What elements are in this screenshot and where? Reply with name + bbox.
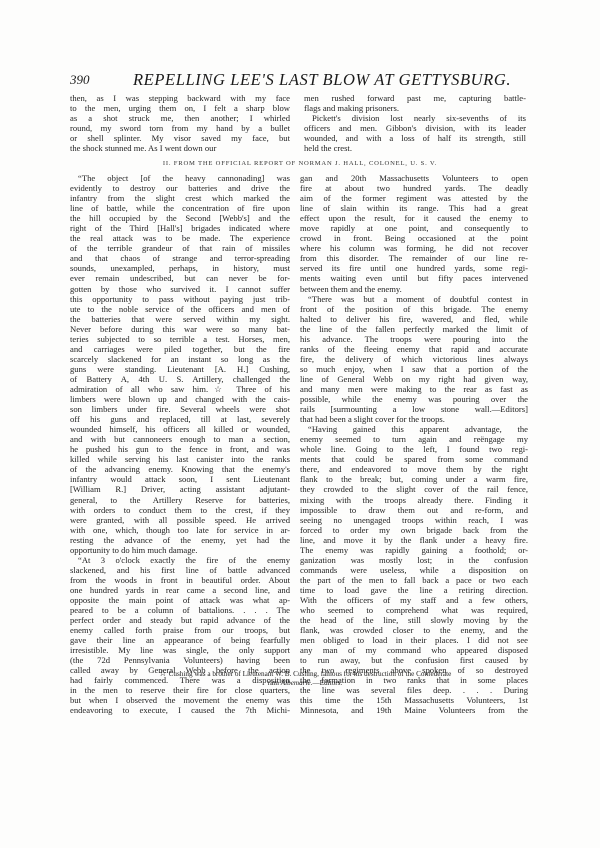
- text-line: resting the advance of the enemy, yet ha…: [70, 535, 290, 545]
- text-line: and with but cannoneers enough to man a …: [70, 434, 290, 444]
- book-page: 390 REPELLING LEE'S LAST BLOW AT GETTYSB…: [0, 0, 600, 848]
- text-line: ute to the noble service of the officers…: [70, 304, 290, 314]
- text-line: whole line. Going to the left, I found t…: [300, 444, 528, 454]
- text-line: flank to the break; but, coming under a …: [300, 474, 528, 484]
- text-line: ments waiting even until but fifty paces…: [300, 273, 528, 283]
- text-line: his advance. The troops were pouring int…: [300, 334, 528, 344]
- text-line: with one, which, though too late for ser…: [70, 525, 290, 535]
- text-line: ever remain undescribed, but can never b…: [70, 273, 290, 283]
- text-line: served its fire until one hundred yards,…: [300, 263, 528, 273]
- text-line: ranks of the fleeing enemy that rapid an…: [300, 344, 528, 354]
- text-line: sounds, unexampled, perhaps, in history,…: [70, 263, 290, 273]
- text-line: admiration of all who saw him.☆ Three of…: [70, 384, 290, 394]
- text-line: infantry from the slight crest which mar…: [70, 193, 290, 203]
- page-number: 390: [70, 72, 90, 88]
- text-line: held the crest.: [304, 143, 526, 153]
- text-line: the hill occupied by the Second [Webb's]…: [70, 213, 290, 223]
- ship-name: Albemarle: [281, 679, 311, 687]
- text-line: “At 3 o'clock exactly the fire of the en…: [70, 555, 290, 565]
- footnote: ☆ Cushing was a brother of Lieutenant W.…: [120, 669, 490, 688]
- text-line: rails [surmounting a low stone wall.—Edi…: [300, 404, 528, 414]
- text-line: flags and making prisoners.: [304, 103, 526, 113]
- text-line: evidently to destroy our batteries and d…: [70, 183, 290, 193]
- text-line: flank, was crowded closer to the enemy, …: [300, 625, 528, 635]
- text-line: irresistible. My line was single, the on…: [70, 645, 290, 655]
- text-line: gotten by those who survived it. I canno…: [70, 284, 290, 294]
- body-right-column: gan and 20th Massachusetts Volunteers to…: [300, 173, 528, 716]
- text-line: impossible to draw them out and re-form,…: [300, 505, 528, 515]
- text-line: [William R.] Driver, acting assistant ad…: [70, 484, 290, 494]
- text-line: line of slain within its range. This had…: [300, 203, 528, 213]
- text-line: and that chaos of strange and terror-spr…: [70, 253, 290, 263]
- text-line: right of the Third [Hall's] brigades ind…: [70, 223, 290, 233]
- text-line: line of battle, while the concentration …: [70, 203, 290, 213]
- text-line: then, as I was stepping backward with my…: [70, 93, 290, 103]
- text-line: to the men, urging them on, I felt a sha…: [70, 103, 290, 113]
- body-left-column: “The object [of the heavy cannonading] w…: [70, 173, 290, 716]
- top-left-column: then, as I was stepping backward with my…: [70, 93, 290, 153]
- text-line: mixing with the troops already there. Fi…: [300, 495, 528, 505]
- text-line: slackened, and his first line of battle …: [70, 565, 290, 575]
- text-line: this time the 15th Massachusetts Volunte…: [300, 695, 528, 705]
- text-line: teries subjected to so terrible a test. …: [70, 334, 290, 344]
- text-line: fire at about two hundred yards. The dea…: [300, 183, 528, 193]
- text-line: they crowded to the slight cover of the …: [300, 484, 528, 494]
- text-line: effect upon the result, for it caused th…: [300, 213, 528, 223]
- text-line: men obliged to load in their places. I d…: [300, 635, 528, 645]
- text-line: forced to order my own brigade back from…: [300, 525, 528, 535]
- text-line: from the woods in front in beautiful ord…: [70, 575, 290, 585]
- text-line: and carriages were piled together, but t…: [70, 344, 290, 354]
- text-line: front of the position of this brigade. T…: [300, 304, 528, 314]
- text-line: Pickett's division lost nearly six-seven…: [304, 113, 526, 123]
- text-line: The enemy was rapidly gaining a foothold…: [300, 545, 528, 555]
- text-line: line, and move it by the flank under a h…: [300, 535, 528, 545]
- text-line: wounded himself, his officers all killed…: [70, 424, 290, 434]
- text-line: killed while serving his last canister i…: [70, 454, 290, 464]
- text-line: men rushed forward past me, capturing ba…: [304, 93, 526, 103]
- star-footnote-marker-icon: ☆: [159, 668, 167, 678]
- text-line: “Having gained this apparent advantage, …: [300, 424, 528, 434]
- text-line: opportunity to do him much damage.: [70, 545, 290, 555]
- text-line: with orders to conduct them to the crest…: [70, 505, 290, 515]
- text-line: any man of my command who appeared dispo…: [300, 645, 528, 655]
- text-line: round, my sword torn from my hand by a b…: [70, 123, 290, 133]
- text-line: there, and endeavored to move them by th…: [300, 464, 528, 474]
- page-header: 390 REPELLING LEE'S LAST BLOW AT GETTYSB…: [70, 72, 530, 92]
- text-line: the head of the line, still slowly movin…: [300, 615, 528, 625]
- text-line: halted to deliver his fire, wavered, and…: [300, 314, 528, 324]
- text-line: peared to be a column of battalions. . .…: [70, 605, 290, 615]
- text-line: who seemed to comprehend what was requir…: [300, 605, 528, 615]
- text-line: the real attack was to be made. The expe…: [70, 233, 290, 243]
- text-line: scarcely slackened for an instant so lon…: [70, 354, 290, 364]
- text-line: the shock stunned me. As I went down our: [70, 143, 290, 153]
- text-line: infantry would attack soon, I sent Lieut…: [70, 474, 290, 484]
- text-line: wounded, and with a loss of half its str…: [304, 133, 526, 143]
- text-line: one hundred yards in rear came a second …: [70, 585, 290, 595]
- text-line: the line of the fallen perfectly marked …: [300, 324, 528, 334]
- text-line: the part of the men to fall back a pace …: [300, 575, 528, 585]
- text-line: or shell splinter. My visor saved my fac…: [70, 133, 290, 143]
- text-line: possible, while the enemy was pouring ov…: [300, 394, 528, 404]
- text-line: as a shot struck me, then another; I whi…: [70, 113, 290, 123]
- text-line: move rapidly at one point, and consequen…: [300, 223, 528, 233]
- text-line: to run away, but the confusion first cau…: [300, 655, 528, 665]
- text-line: son limbers under fire. Several wheels w…: [70, 404, 290, 414]
- text-line: crowd in front. Being occasioned at the …: [300, 233, 528, 243]
- text-line: and many men were making to the rear as …: [300, 384, 528, 394]
- text-line: between them and the enemy.: [300, 284, 528, 294]
- text-line: fire, the delivery of which victorious l…: [300, 354, 528, 364]
- text-line: line of General Webb on my right had giv…: [300, 374, 528, 384]
- text-line: ganization was mostly lost; in the confu…: [300, 555, 528, 565]
- text-line: gave their line an appearance of being f…: [70, 635, 290, 645]
- text-line: that had been a slight cover for the tro…: [300, 414, 528, 424]
- text-line: of Battery A, 4th U. S. Artillery, chall…: [70, 374, 290, 384]
- top-right-column: men rushed forward past me, capturing ba…: [304, 93, 526, 153]
- text-line: opposite the main point of attack was wh…: [70, 595, 290, 605]
- text-line: perfect order and steady but rapid advan…: [70, 615, 290, 625]
- text-line: the batteries that were served within my…: [70, 314, 290, 324]
- text-line: officers and men. Gibbon's division, wit…: [304, 123, 526, 133]
- text-line: time to load gave the line a retiring di…: [300, 585, 528, 595]
- text-line: this opportunity to pass without paying …: [70, 294, 290, 304]
- footnote-line-2: ram Albemarle.—Editors.: [120, 679, 490, 688]
- text-line: were granted, with all possible speed. H…: [70, 515, 290, 525]
- text-line: “The object [of the heavy cannonading] w…: [70, 173, 290, 183]
- section-heading: II. FROM THE OFFICIAL REPORT OF NORMAN J…: [70, 160, 530, 167]
- text-line: of the advancing enemy. Knowing that the…: [70, 464, 290, 474]
- text-line: With the officers of my staff and a few …: [300, 595, 528, 605]
- text-line: general, to the Artillery Reserve for ba…: [70, 495, 290, 505]
- text-line: Never before during this war were so man…: [70, 324, 290, 334]
- text-line: “There was but a moment of doubtful cont…: [300, 294, 528, 304]
- text-line: of the terrible grandeur of that rain of…: [70, 243, 290, 253]
- text-line: guns were standing. Lieutenant [A. H.] C…: [70, 364, 290, 374]
- text-line: enemy called forth praise from our troop…: [70, 625, 290, 635]
- text-line: but when I observed the movement the ene…: [70, 695, 290, 705]
- text-line: where his column was forming, he did not…: [300, 243, 528, 253]
- text-line: endeavoring to execute, I caused the 7th…: [70, 705, 290, 715]
- text-line: aim of the former regiment was attested …: [300, 193, 528, 203]
- text-line: off his guns and replaced, till at last,…: [70, 414, 290, 424]
- text-line: commands were useless, while a dispositi…: [300, 565, 528, 575]
- footnote-line-1: ☆ Cushing was a brother of Lieutenant W.…: [120, 669, 490, 679]
- text-line: seeing no unengaged troops within reach,…: [300, 515, 528, 525]
- text-line: from this disorder. The remainder of our…: [300, 253, 528, 263]
- text-line: ments that could be spared from some com…: [300, 454, 528, 464]
- text-line: he pushed his gun to the fence in front,…: [70, 444, 290, 454]
- text-line: limbers were blown up and changed with t…: [70, 394, 290, 404]
- running-title: REPELLING LEE'S LAST BLOW AT GETTYSBURG.: [133, 70, 511, 90]
- text-line: so much enjoy, when I saw that a portion…: [300, 364, 528, 374]
- text-line: Minnesota, and 19th Maine Volunteers fro…: [300, 705, 528, 715]
- text-line: enemy seemed to turn again and reëngage …: [300, 434, 528, 444]
- text-line: gan and 20th Massachusetts Volunteers to…: [300, 173, 528, 183]
- text-line: (the 72d Pennsylvania Volunteers) having…: [70, 655, 290, 665]
